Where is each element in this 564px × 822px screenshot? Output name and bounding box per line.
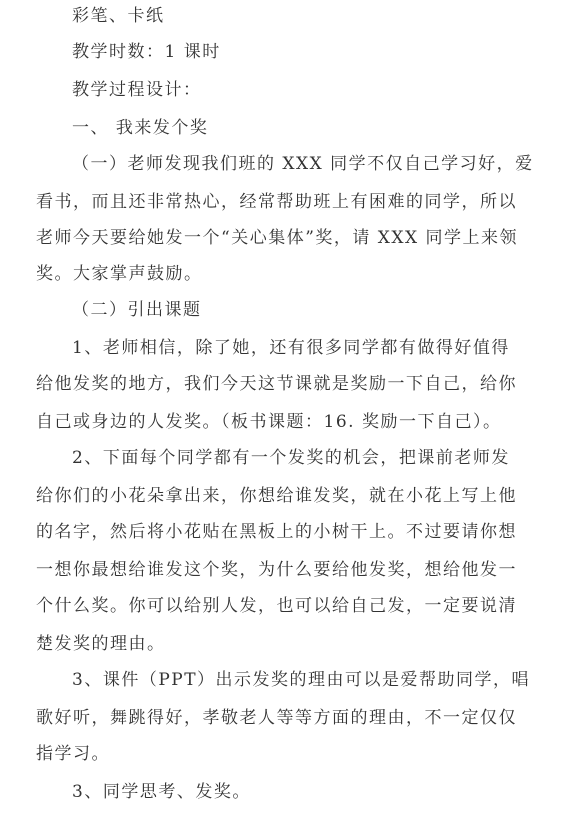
paragraph-line: 给他发奖的地方，我们今天这节课就是奖励一下自己，给你 <box>0 374 564 394</box>
paragraph-line: 一想你最想给谁发这个奖，为什么要给他发奖，想给他发一 <box>0 560 564 580</box>
paragraph-line: （一）老师发现我们班的 XXX 同学不仅自己学习好，爱 <box>0 154 564 174</box>
materials-line: 彩笔、卡纸 <box>0 6 564 26</box>
paragraph-line: 老师今天要给她发一个“关心集体”奖，请 XXX 同学上来领 <box>0 228 564 248</box>
subsection-heading: （二）引出课题 <box>0 300 564 320</box>
paragraph-line: 3、同学思考、发奖。 <box>0 782 564 802</box>
paragraph-line: 1、老师相信，除了她，还有很多同学都有做得好值得 <box>0 338 564 358</box>
lesson-hours-line: 教学时数：1 课时 <box>0 42 564 62</box>
paragraph-line: 3、课件（PPT）出示发奖的理由可以是爱帮助同学，唱 <box>0 670 564 690</box>
paragraph-line: 指学习。 <box>0 744 564 764</box>
process-heading: 教学过程设计： <box>0 80 564 100</box>
paragraph-line: 看书，而且还非常热心，经常帮助班上有困难的同学，所以 <box>0 192 564 212</box>
section-1-heading: 一、 我来发个奖 <box>0 118 564 138</box>
paragraph-line: 歌好听，舞跳得好，孝敬老人等等方面的理由，不一定仅仅 <box>0 708 564 728</box>
paragraph-line: 的名字，然后将小花贴在黑板上的小树干上。不过要请你想 <box>0 522 564 542</box>
paragraph-line: 楚发奖的理由。 <box>0 634 564 654</box>
paragraph-line: 自己或身边的人发奖。（板书课题：16. 奖励一下自己）。 <box>0 412 564 432</box>
paragraph-line: 奖。大家掌声鼓励。 <box>0 264 564 284</box>
paragraph-line: 给你们的小花朵拿出来，你想给谁发奖，就在小花上写上他 <box>0 486 564 506</box>
paragraph-line: 个什么奖。你可以给别人发，也可以给自己发，一定要说清 <box>0 596 564 616</box>
document-page: 彩笔、卡纸 教学时数：1 课时 教学过程设计： 一、 我来发个奖 （一）老师发现… <box>0 0 564 822</box>
paragraph-line: 2、下面每个同学都有一个发奖的机会，把课前老师发 <box>0 448 564 468</box>
